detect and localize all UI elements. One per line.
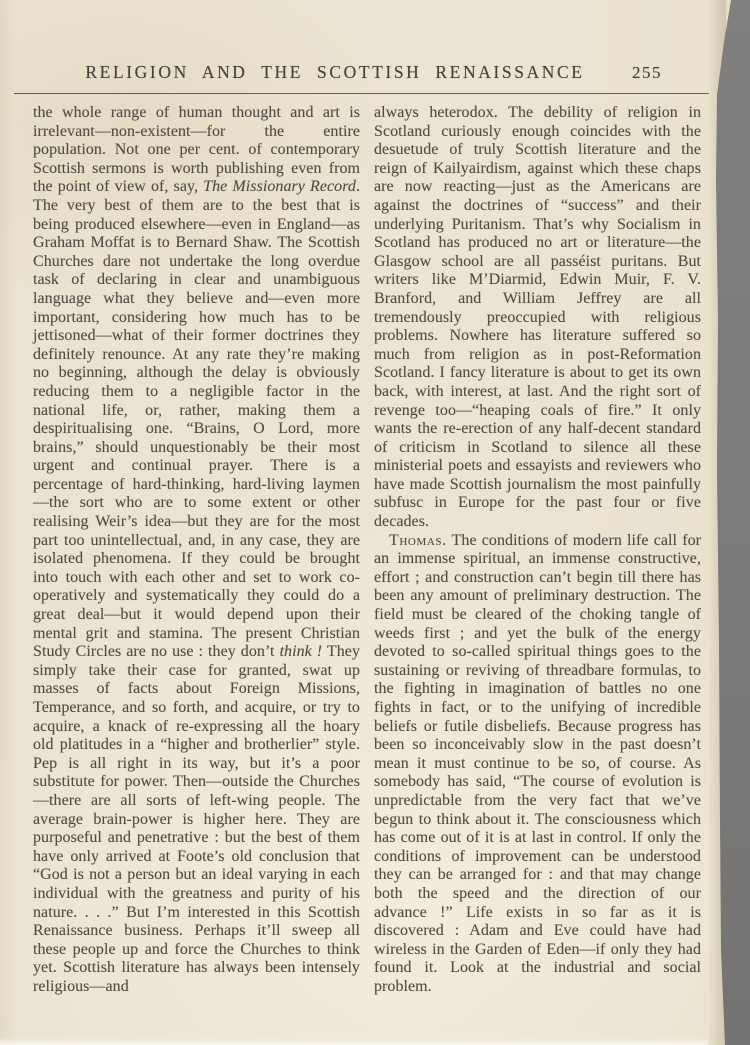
header-rule	[14, 93, 709, 94]
paragraph: Thomas. The conditions of modern life ca…	[374, 532, 701, 997]
column-right: always heterodox. The debility of religi…	[374, 104, 701, 997]
text-run: The conditions of modern life call for a…	[374, 532, 701, 995]
column-left: the whole range of human thought and art…	[33, 104, 360, 997]
book-page: RELIGION AND THE SCOTTISH RENAISSANCE 25…	[0, 0, 734, 1045]
page-edge-shadow	[708, 0, 726, 1045]
page-header-title: RELIGION AND THE SCOTTISH RENAISSANCE	[33, 62, 637, 83]
text-run: always heterodox. The debility of religi…	[374, 104, 701, 530]
page-bottom-edge	[0, 1038, 708, 1045]
text-columns: the whole range of human thought and art…	[33, 104, 702, 997]
text-run: think !	[280, 643, 323, 660]
scan-background: RELIGION AND THE SCOTTISH RENAISSANCE 25…	[0, 0, 750, 1045]
text-run: They simply take their case for granted,…	[33, 643, 360, 995]
paragraph: always heterodox. The debility of religi…	[374, 104, 701, 532]
text-run: . The very best of them are to the best …	[33, 178, 360, 660]
text-run: Thomas.	[389, 532, 447, 549]
text-run: The Missionary Record	[203, 178, 356, 195]
paragraph: the whole range of human thought and art…	[33, 104, 360, 997]
page-number: 255	[620, 63, 662, 83]
